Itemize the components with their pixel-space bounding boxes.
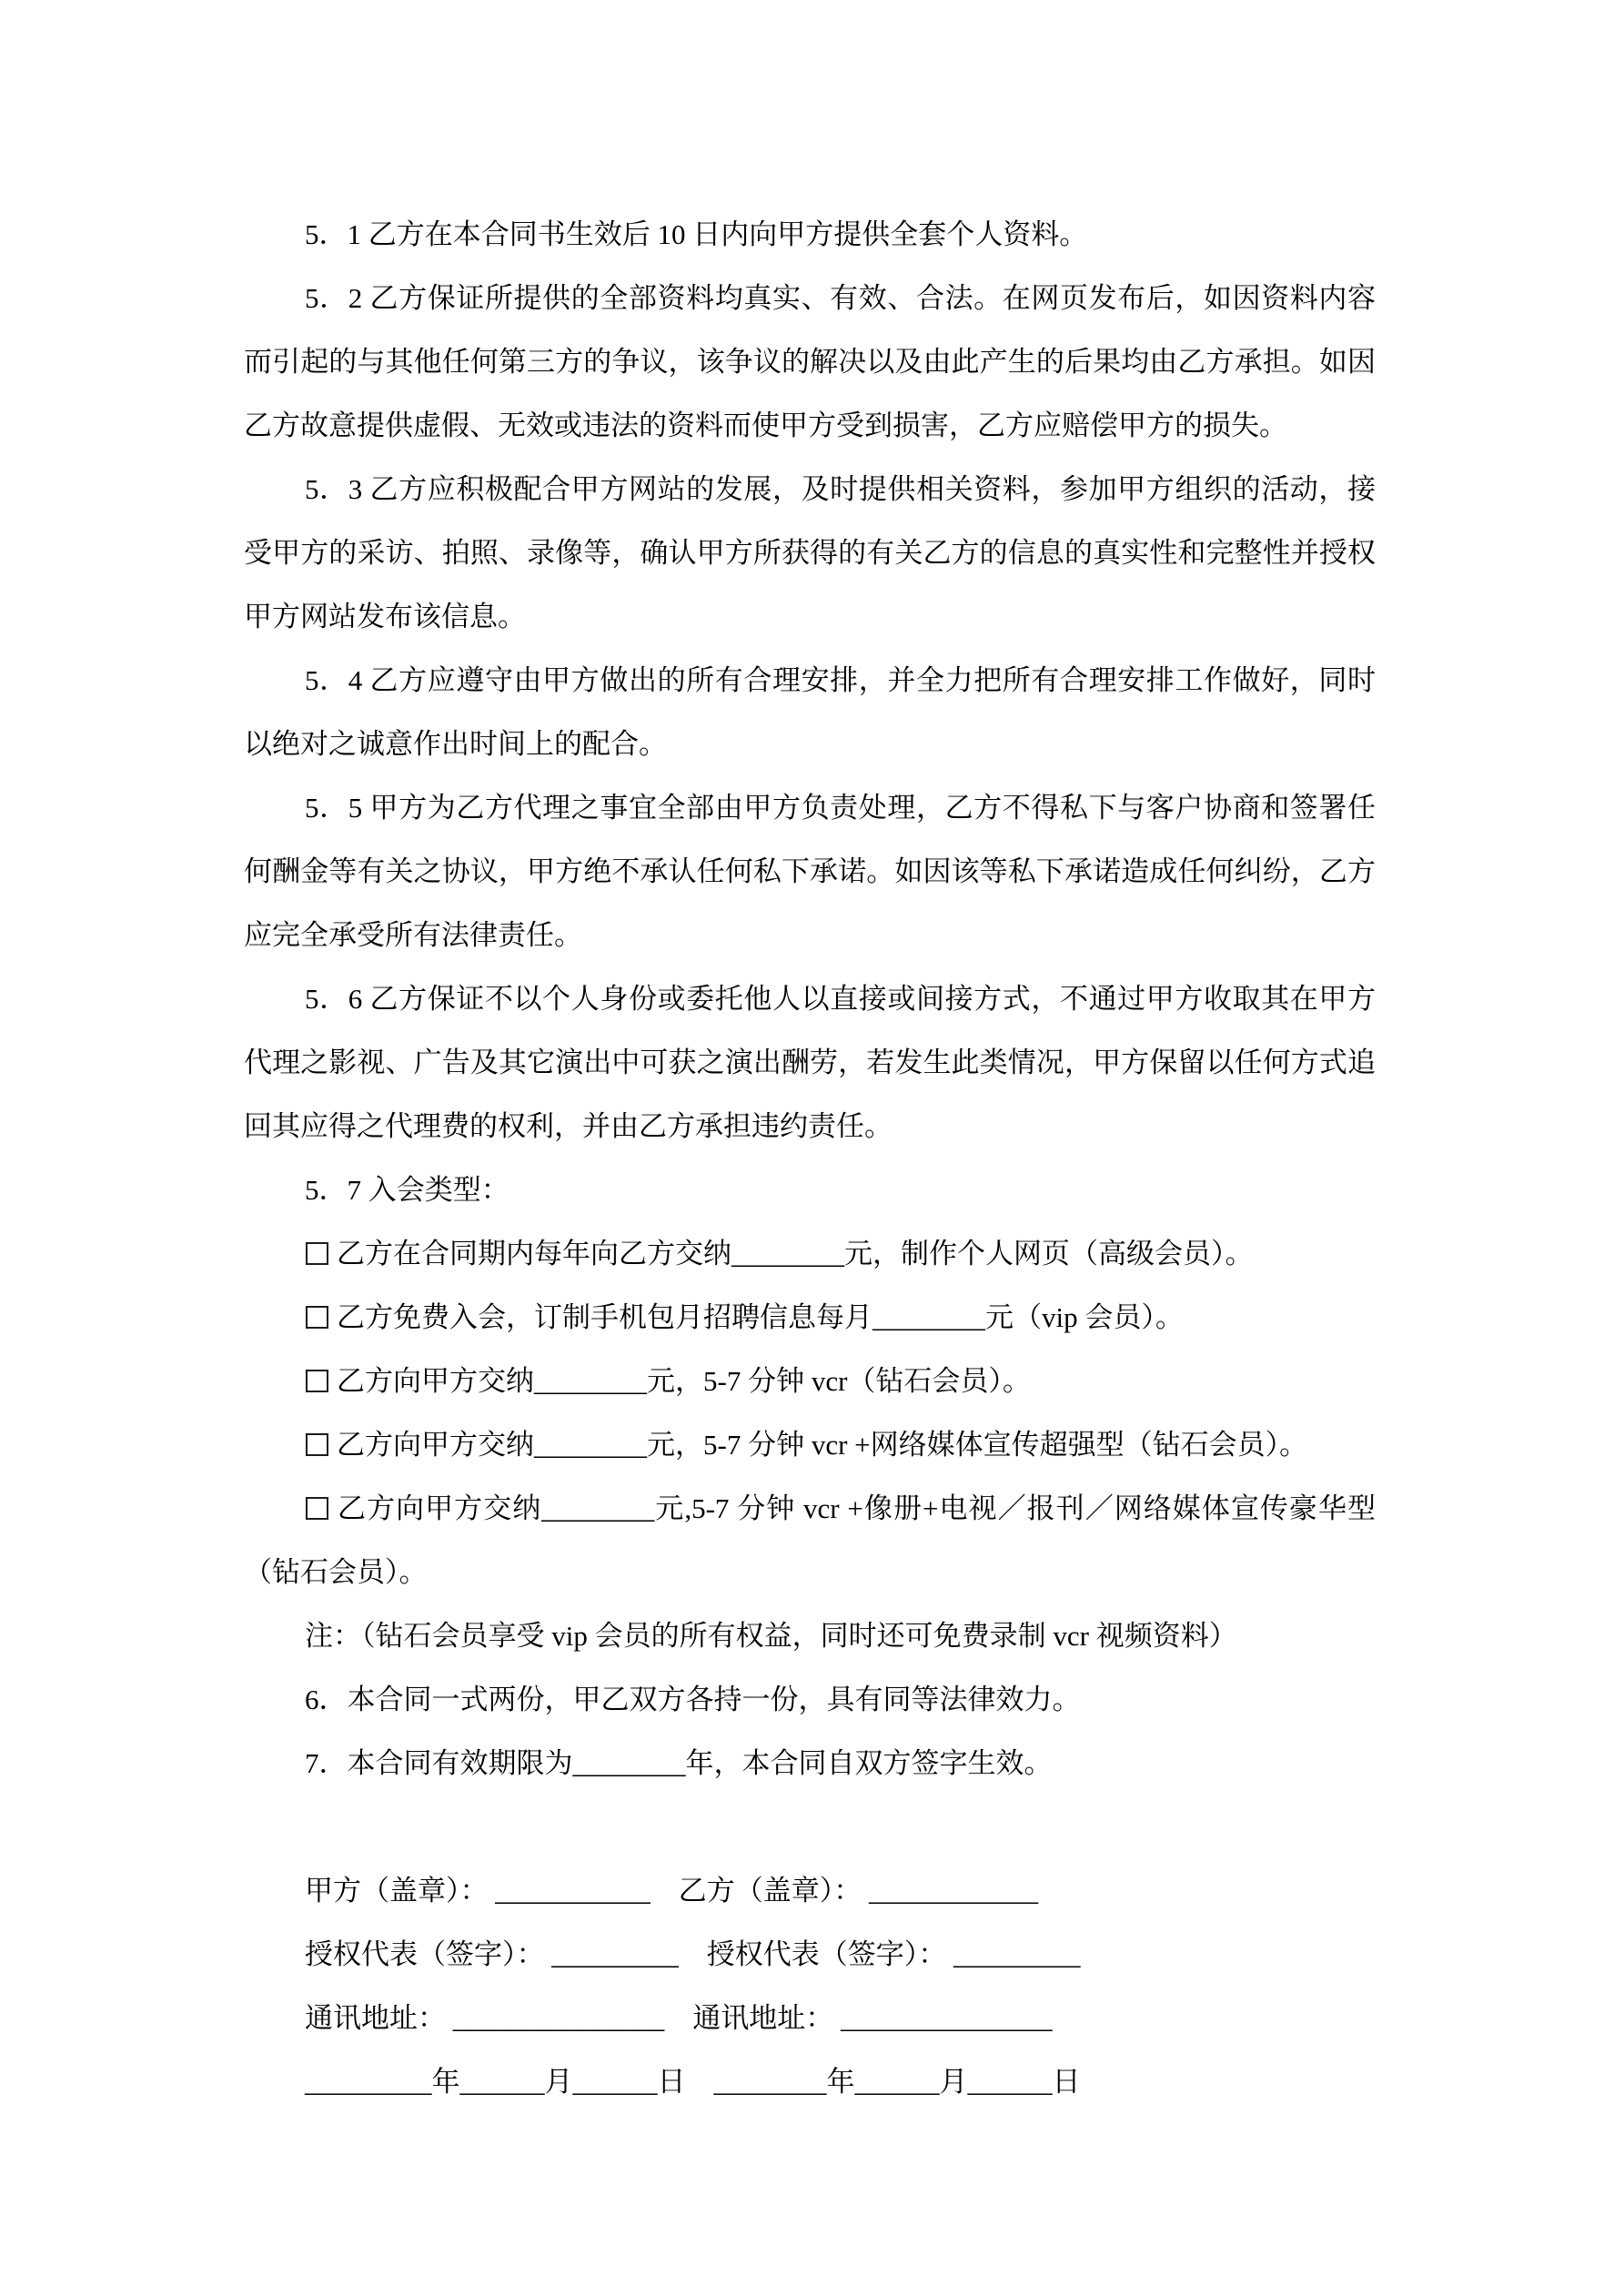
membership-option-deluxe-wrap: （钻石会员）。	[244, 1541, 1376, 1604]
checkbox-icon[interactable]	[306, 1497, 328, 1520]
clause-5-3-line-2: 受甲方的采访、拍照、录像等，确认甲方所获得的有关乙方的信息的真实性和完整性并授权	[244, 521, 1376, 585]
membership-option-diamond-vcr: 乙方向甲方交纳________元，5-7 分钟 vcr（钻石会员）。	[244, 1350, 1376, 1413]
signature-seal-line: 甲方（盖章）： ___________ 乙方（盖章）： ____________	[244, 1859, 1376, 1923]
signature-representative-line: 授权代表（签字）： _________ 授权代表（签字）： _________	[244, 1923, 1376, 1987]
membership-option-label: 乙方免费入会，订制手机包月招聘信息每月________元（vip 会员）。	[337, 1301, 1184, 1333]
clause-5-6-line-1: 5．6 乙方保证不以个人身份或委托他人以直接或间接方式，不通过甲方收取其在甲方	[244, 967, 1376, 1031]
clause-5-1: 5．1 乙方在本合同书生效后 10 日内向甲方提供全套个人资料。	[244, 203, 1376, 267]
clause-5-3-line-3: 甲方网站发布该信息。	[244, 585, 1376, 649]
signature-address-line: 通讯地址： _______________ 通讯地址： ____________…	[244, 1987, 1376, 2050]
membership-option-label: 乙方向甲方交纳________元,5-7 分钟 vcr +像册+电视／报刊／网络…	[337, 1492, 1376, 1524]
clause-5-2-line-3: 乙方故意提供虚假、无效或违法的资料而使甲方受到损害，乙方应赔偿甲方的损失。	[244, 394, 1376, 458]
checkbox-icon[interactable]	[306, 1433, 328, 1456]
clause-5-4-line-1: 5．4 乙方应遵守由甲方做出的所有合理安排，并全力把所有合理安排工作做好，同时	[244, 649, 1376, 713]
contract-body: 5．1 乙方在本合同书生效后 10 日内向甲方提供全套个人资料。 5．2 乙方保…	[244, 203, 1376, 2114]
membership-option-diamond-deluxe: 乙方向甲方交纳________元,5-7 分钟 vcr +像册+电视／报刊／网络…	[244, 1477, 1376, 1541]
clause-5-3-line-1: 5．3 乙方应积极配合甲方网站的发展，及时提供相关资料，参加甲方组织的活动，接	[244, 458, 1376, 521]
clause-5-6-line-3: 回其应得之代理费的权利，并由乙方承担违约责任。	[244, 1095, 1376, 1158]
signature-date-line: _________年______月______日 ________年______…	[244, 2050, 1376, 2114]
checkbox-icon[interactable]	[306, 1306, 328, 1329]
checkbox-icon[interactable]	[306, 1242, 328, 1265]
membership-note: 注：（钻石会员享受 vip 会员的所有权益，同时还可免费录制 vcr 视频资料）	[244, 1604, 1376, 1668]
membership-option-label: 乙方在合同期内每年向乙方交纳________元，制作个人网页（高级会员）。	[337, 1238, 1254, 1269]
clause-5-5-line-1: 5．5 甲方为乙方代理之事宜全部由甲方负责处理，乙方不得私下与客户协商和签署任	[244, 776, 1376, 840]
membership-option-label: 乙方向甲方交纳________元，5-7 分钟 vcr +网络媒体宣传超强型（钻…	[337, 1429, 1307, 1461]
membership-option-label: 乙方向甲方交纳________元，5-7 分钟 vcr（钻石会员）。	[337, 1365, 1031, 1397]
clause-5-6-line-2: 代理之影视、广告及其它演出中可获之演出酬劳，若发生此类情况，甲方保留以任何方式追	[244, 1031, 1376, 1095]
clause-5-4-line-2: 以绝对之诚意作出时间上的配合。	[244, 713, 1376, 776]
membership-option-vip: 乙方免费入会，订制手机包月招聘信息每月________元（vip 会员）。	[244, 1286, 1376, 1350]
clause-5-7-heading: 5．7 入会类型：	[244, 1158, 1376, 1222]
contract-page: 5．1 乙方在本合同书生效后 10 日内向甲方提供全套个人资料。 5．2 乙方保…	[0, 0, 1624, 2296]
clause-6: 6．本合同一式两份，甲乙双方各持一份，具有同等法律效力。	[244, 1668, 1376, 1732]
blank-line	[244, 1795, 1376, 1859]
clause-5-2-line-1: 5．2 乙方保证所提供的全部资料均真实、有效、合法。在网页发布后，如因资料内容	[244, 267, 1376, 330]
clause-5-5-line-2: 何酬金等有关之协议，甲方绝不承认任何私下承诺。如因该等私下承诺造成任何纠纷，乙方	[244, 840, 1376, 904]
membership-option-premium: 乙方在合同期内每年向乙方交纳________元，制作个人网页（高级会员）。	[244, 1222, 1376, 1286]
checkbox-icon[interactable]	[306, 1370, 328, 1392]
clause-5-5-line-3: 应完全承受所有法律责任。	[244, 904, 1376, 967]
membership-option-diamond-super: 乙方向甲方交纳________元，5-7 分钟 vcr +网络媒体宣传超强型（钻…	[244, 1413, 1376, 1477]
clause-7: 7．本合同有效期限为________年，本合同自双方签字生效。	[244, 1732, 1376, 1795]
clause-5-2-line-2: 而引起的与其他任何第三方的争议，该争议的解决以及由此产生的后果均由乙方承担。如因	[244, 330, 1376, 394]
